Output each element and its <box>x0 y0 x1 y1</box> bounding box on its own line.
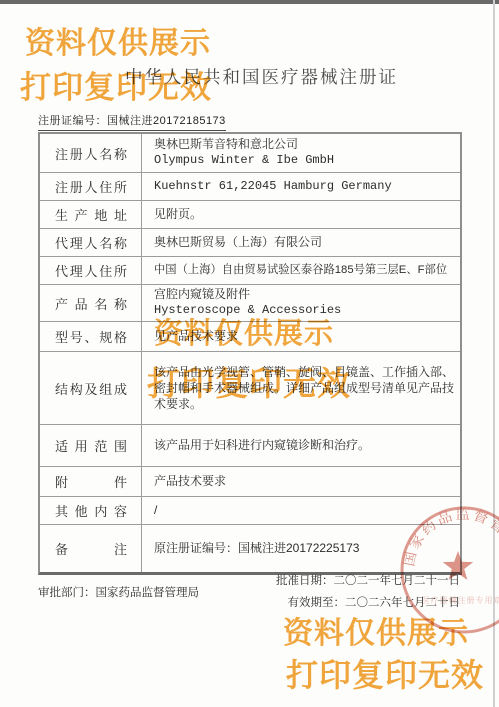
row-label: 注册人住所 <box>55 177 127 196</box>
scan-edge-top <box>0 0 499 4</box>
row-value-cn: 该产品用于妇科进行内窥镜诊断和治疗。 <box>154 438 454 454</box>
row-value-cn: 奥林巴斯苇音特和意北公司 <box>154 137 454 153</box>
row-value-cn: 宫腔内窥镜及附件 <box>154 287 454 303</box>
row-label: 生产地址 <box>55 205 127 224</box>
row-label: 适用范围 <box>55 436 127 455</box>
row-label: 代理人住所 <box>55 261 127 280</box>
row-value-cn: 奥林巴斯贸易（上海）有限公司 <box>154 235 454 251</box>
row-value-cn: 见附页。 <box>154 207 454 223</box>
row-label: 注册人名称 <box>55 144 127 163</box>
table-row: 代理人住所 中国（上海）自由贸易试验区泰谷路185号第三层E、F部位 <box>40 256 460 284</box>
row-value-en: Kuehnstr 61,22045 Hamburg Germany <box>154 179 454 195</box>
table-row: 适用范围 该产品用于妇科进行内窥镜诊断和治疗。 <box>40 424 460 466</box>
row-value-cn: 产品技术要求 <box>154 474 454 490</box>
registration-number: 注册证编号：国械注进20172185173 <box>38 112 226 131</box>
table-row: 注册人住所 Kuehnstr 61,22045 Hamburg Germany <box>40 172 460 200</box>
seal-arc-text: 国家药品监督管理局 <box>401 506 499 568</box>
watermark-middle-line2: 打印复印无效 <box>147 358 351 405</box>
row-label: 其他内容 <box>55 501 127 520</box>
watermark-middle-line1: 资料仅供展示 <box>154 311 334 352</box>
seal-star-icon <box>443 551 473 580</box>
table-row: 附件 产品技术要求 <box>40 466 460 496</box>
table-row: 代理人名称 奥林巴斯贸易（上海）有限公司 <box>40 228 460 256</box>
approval-department: 审批部门：国家药品监督管理局 <box>38 584 199 600</box>
row-label: 附件 <box>55 472 127 491</box>
certificate-page: 中华人民共和国医疗器械注册证 注册证编号：国械注进20172185173 注册人… <box>0 0 499 707</box>
row-label: 备注 <box>55 539 127 558</box>
row-label: 代理人名称 <box>55 233 127 252</box>
svg-text:国家药品监督管理局: 国家药品监督管理局 <box>401 506 499 568</box>
seal-inner-text: 医疗器械注册专用章 <box>422 595 499 605</box>
watermark-bottom-line1: 资料仅供展示 <box>283 608 469 652</box>
row-value-cn: 中国（上海）自由贸易试验区泰谷路185号第三层E、F部位 <box>154 263 454 278</box>
watermark-top-line1: 资料仅供展示 <box>25 18 211 62</box>
watermark-top-line2: 打印复印无效 <box>20 62 212 107</box>
table-row: 生产地址 见附页。 <box>40 200 460 228</box>
watermark-bottom-line2: 打印复印无效 <box>286 650 484 696</box>
table-row: 注册人名称 奥林巴斯苇音特和意北公司 Olympus Winter & Ibe … <box>40 134 460 172</box>
row-label: 产品名称 <box>55 294 127 313</box>
row-label: 结构及组成 <box>55 379 127 398</box>
row-label: 型号、规格 <box>55 327 127 346</box>
row-value-en: Olympus Winter & Ibe GmbH <box>154 153 454 169</box>
